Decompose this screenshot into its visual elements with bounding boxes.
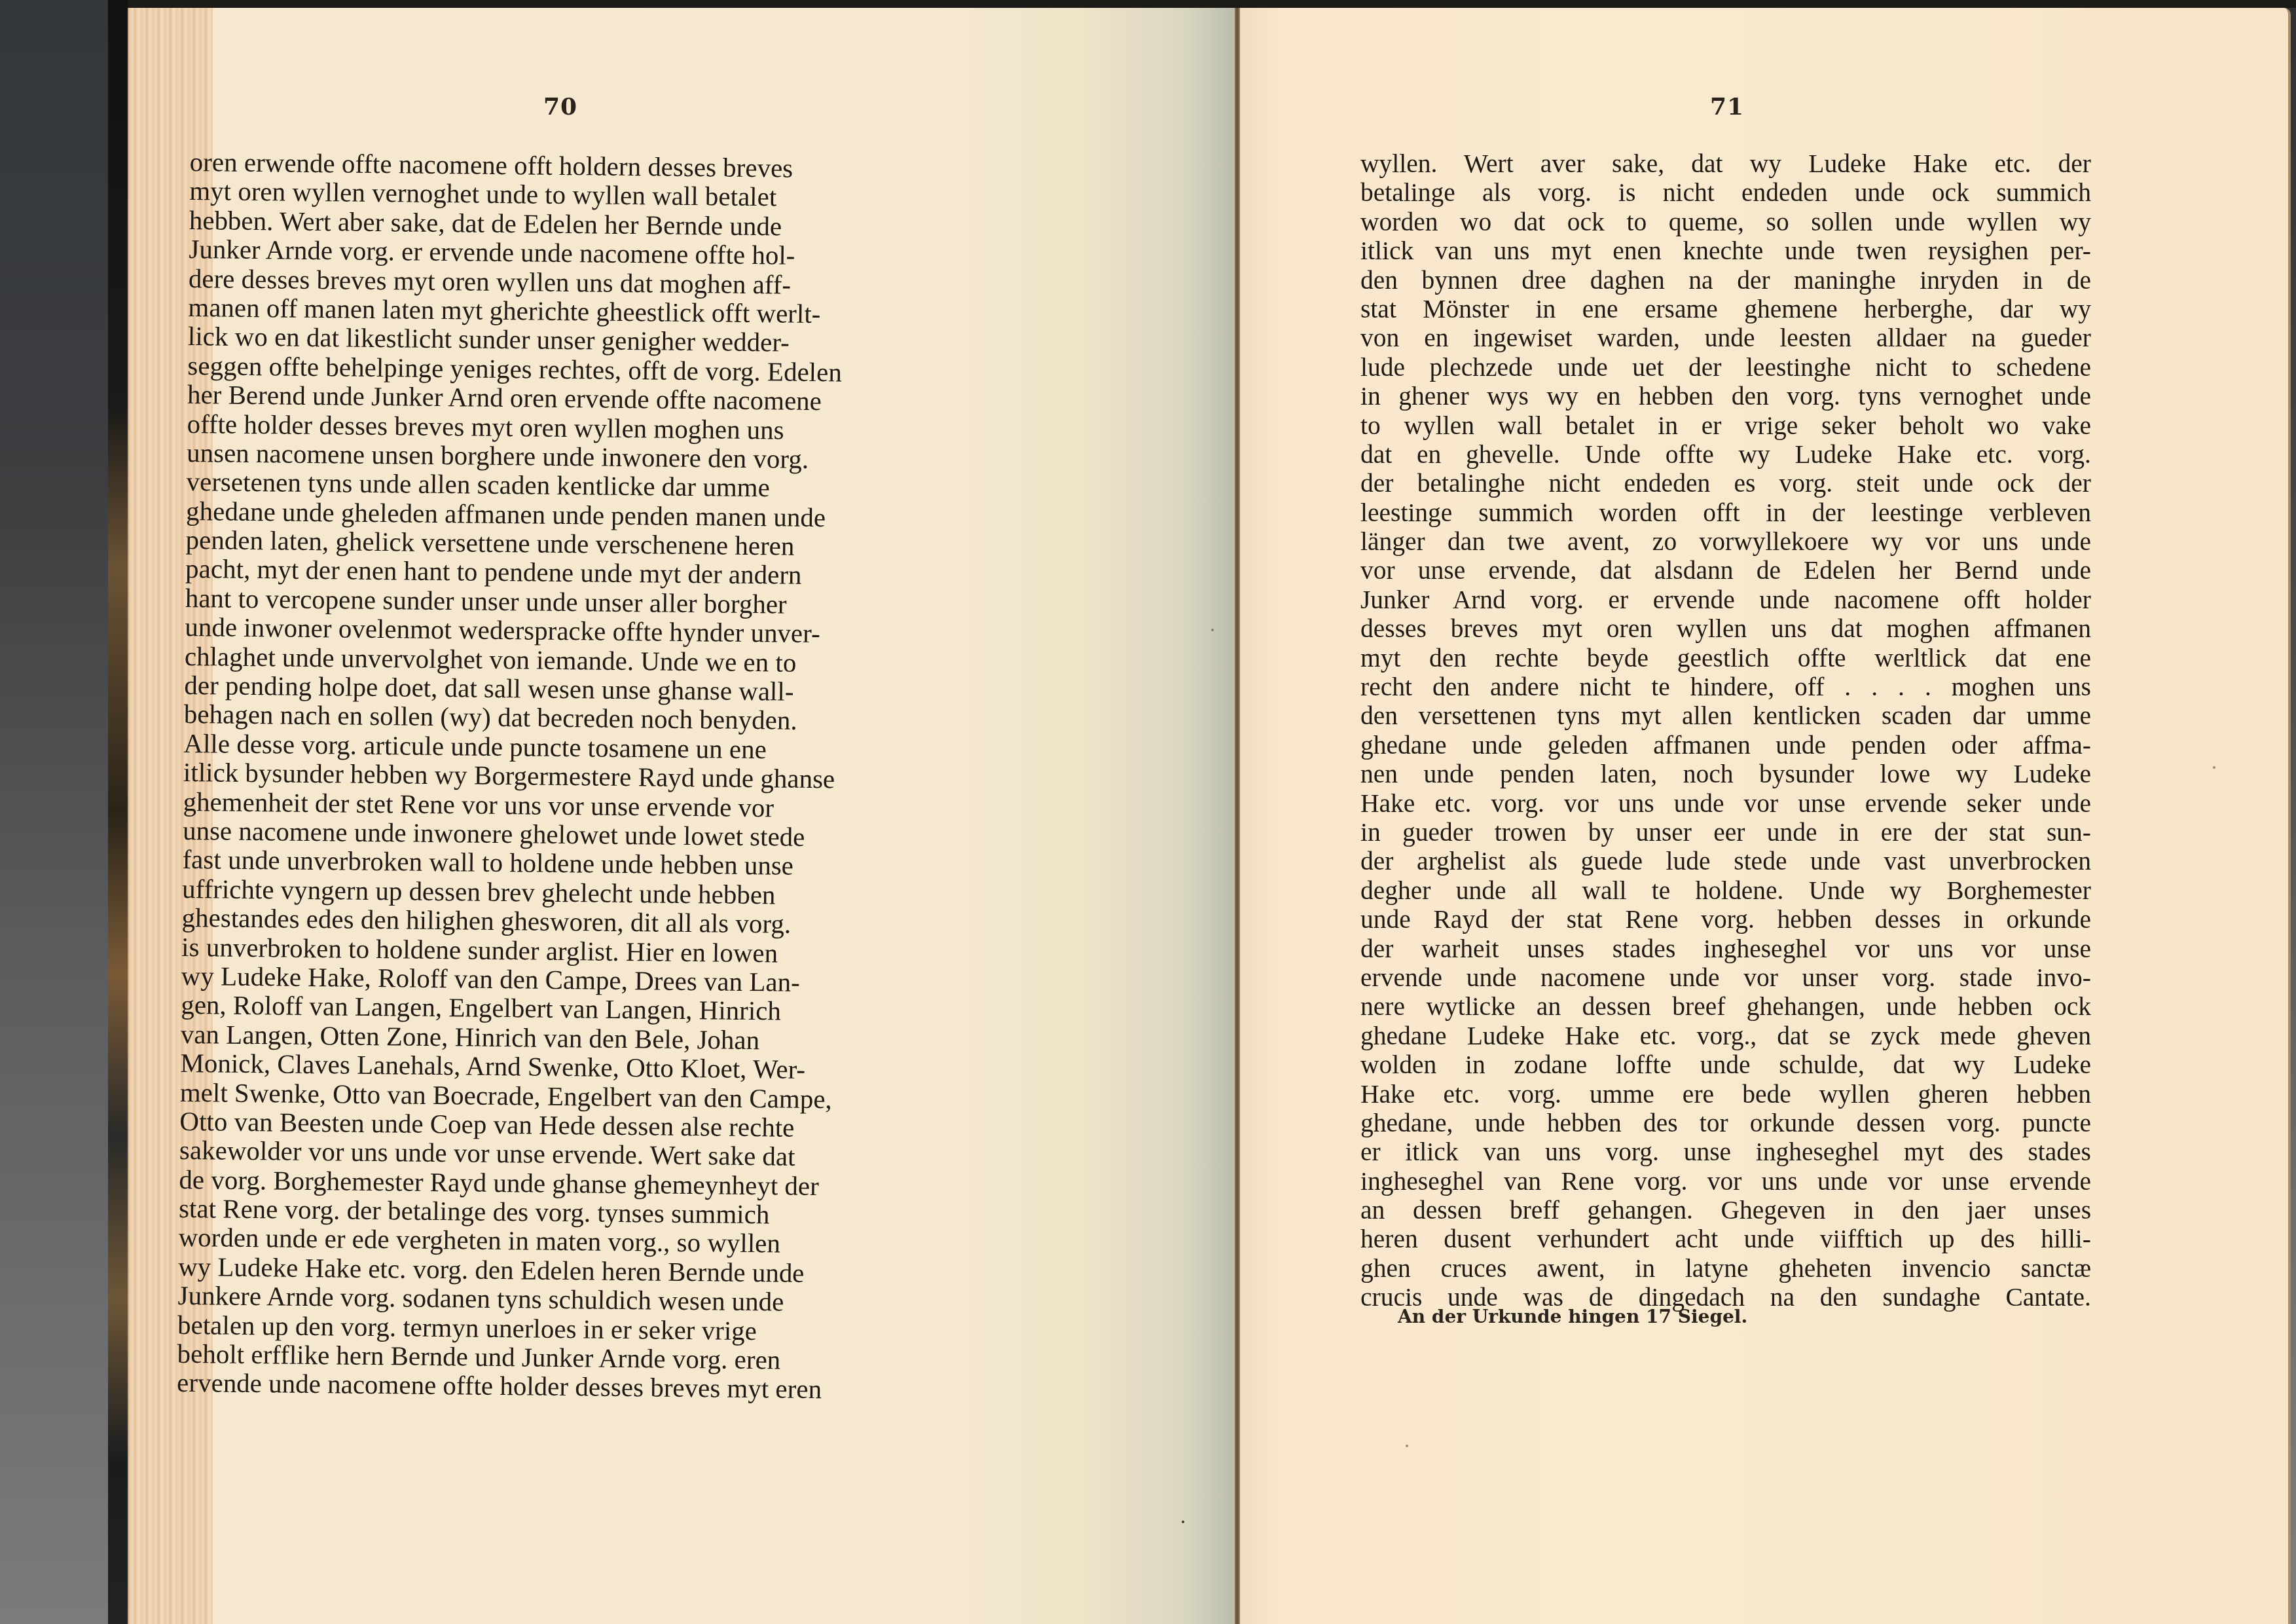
text-line: ghedane, unde hebben des tor orkunde des… [1360, 1109, 2091, 1137]
text-line: ingheseghel van Rene vorg. vor uns unde … [1360, 1167, 2091, 1196]
text-line: von en ingewiset warden, unde leesten al… [1360, 323, 2091, 352]
text-line: stat Mönster in ene ersame ghemene herbe… [1360, 295, 2091, 323]
text-line: myt den rechte beyde geestlich offte wer… [1360, 644, 2091, 673]
text-line: unde Rayd der stat Rene vorg. hebben des… [1360, 905, 2091, 934]
text-line: den bynnen dree daghen na der maninghe i… [1360, 266, 2091, 295]
text-line: wolden in zodane loffte unde schulde, da… [1360, 1050, 2091, 1079]
text-line: an dessen breff gehangen. Ghegeven in de… [1360, 1196, 2091, 1225]
text-line: leestinge summich worden offt in der lee… [1360, 498, 2091, 527]
text-line: in ghener wys wy en hebben den vorg. tyn… [1360, 382, 2091, 411]
left-page-number: 70 [543, 93, 577, 120]
text-line: der arghelist als guede lude stede unde … [1360, 847, 2091, 876]
text-line: Hake etc. vorg. umme ere bede wyllen ghe… [1360, 1080, 2091, 1109]
left-page-text: oren erwende offte nacomene offt holdern… [177, 147, 1133, 1407]
text-line: to wyllen wall betalet in er vrige seker… [1360, 411, 2091, 440]
text-line: ervende unde nacomene unde vor unser vor… [1360, 963, 2091, 992]
paper-speck [1211, 629, 1214, 631]
text-line: vor unse ervende, dat alsdann de Edelen … [1360, 556, 2091, 585]
text-line: degher unde all wall te holdene. Unde wy… [1360, 876, 2091, 905]
top-shadow-edge [128, 0, 2296, 8]
text-line: recht den andere nicht te hindere, off .… [1360, 673, 2091, 701]
book-binding [108, 0, 128, 1624]
paper-speck [1182, 1521, 1184, 1523]
paper-speck [2213, 766, 2215, 769]
text-line: in gueder trowen by unser eer unde in er… [1360, 818, 2091, 847]
text-line: itlick van uns myt enen knechte unde twe… [1360, 236, 2091, 265]
book-gutter [1235, 8, 1240, 1624]
text-line: Hake etc. vorg. vor uns unde vor unse er… [1360, 789, 2091, 818]
text-line: ghedane unde geleden affmanen unde pende… [1360, 731, 2091, 760]
text-line: ghen cruces awent, in latyne gheheten in… [1360, 1254, 2091, 1283]
text-line: nere wytlicke an dessen breef ghehangen,… [1360, 992, 2091, 1021]
text-line: dat en ghevelle. Unde offte wy Ludeke Ha… [1360, 440, 2091, 469]
text-line: er itlick van uns vorg. unse ingheseghel… [1360, 1137, 2091, 1166]
text-line: Junker Arnd vorg. er ervende unde nacome… [1360, 585, 2091, 614]
text-line: länger dan twe avent, zo vorwyllekoere w… [1360, 527, 2091, 556]
text-line: der warheit unses stades ingheseghel vor… [1360, 934, 2091, 963]
right-page-text: wyllen. Wert aver sake, dat wy Ludeke Ha… [1360, 149, 2091, 1312]
text-line: worden wo dat ock to queme, so sollen un… [1360, 208, 2091, 236]
text-line: lude plechzede unde uet der leestinghe n… [1360, 353, 2091, 382]
text-line: heren dusent verhundert acht unde viifft… [1360, 1225, 2091, 1253]
right-page-number: 71 [1710, 93, 1744, 120]
text-line: desses breves myt oren wyllen uns dat mo… [1360, 614, 2091, 643]
paper-speck [1406, 1445, 1408, 1447]
text-line: wyllen. Wert aver sake, dat wy Ludeke Ha… [1360, 149, 2091, 178]
text-line: den versettenen tyns myt allen kentlicke… [1360, 701, 2091, 730]
text-line: der betalinghe nicht endeden es vorg. st… [1360, 469, 2091, 498]
text-line: betalinge als vorg. is nicht endeden und… [1360, 178, 2091, 207]
text-line: nen unde penden laten, noch bysunder low… [1360, 760, 2091, 788]
scanner-background [0, 0, 111, 1624]
text-line: ghedane Ludeke Hake etc. vorg., dat se z… [1360, 1022, 2091, 1050]
seal-note: An der Urkunde hingen 17 Siegel. [1398, 1306, 1747, 1327]
